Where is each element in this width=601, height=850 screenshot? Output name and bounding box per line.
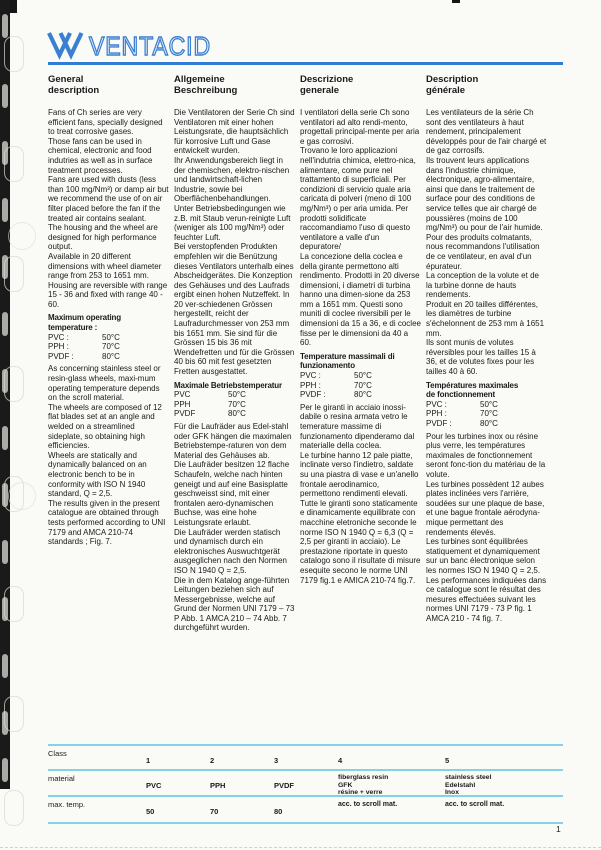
- temperature-material-label: PPH :: [300, 381, 354, 391]
- table-row-max-temp: max. temp.507080acc. to scroll mat.acc. …: [48, 795, 563, 824]
- temperature-material-label: PPH :: [48, 342, 102, 352]
- paragraph: Unter Betriebsbedingungen wie z.B. mit S…: [174, 204, 295, 242]
- temperature-row: PVDF :80°C: [48, 352, 169, 362]
- column-heading: Allgemeine Beschreibung: [174, 74, 295, 96]
- scan-bottom-edge: [0, 847, 601, 848]
- paragraph: Pour les turbines inox ou résine plus ve…: [426, 432, 547, 480]
- temperature-value: 70°C: [354, 381, 372, 391]
- scan-slot: [2, 654, 8, 678]
- paragraph: The housing and the wheel are designed f…: [48, 223, 169, 252]
- temperature-material-label: PVDF: [174, 409, 228, 419]
- scan-slot: [2, 426, 8, 450]
- paragraph: Produit en 20 tailles différentes, les d…: [426, 300, 547, 338]
- scan-top-tick: [452, 0, 460, 3]
- paragraph: Les ventilateurs de la série Ch sont des…: [426, 108, 547, 156]
- paragraph: Ils sont munis de volutes réversibles po…: [426, 338, 547, 376]
- table-cell: fiberglass resin GFK résine + verre: [338, 771, 445, 797]
- temperature-value: 80°C: [102, 352, 120, 362]
- paragraph: Die in dem Katalog ange-führten Leitunge…: [174, 576, 295, 634]
- paragraph: Available in 20 different dimensions wit…: [48, 252, 169, 310]
- column-heading: General description: [48, 74, 169, 96]
- paragraph: Ils trouvent leurs applications dans l'i…: [426, 156, 547, 233]
- scan-slot: [2, 312, 8, 336]
- temperature-row: PPH70°C: [174, 400, 295, 410]
- punch-hole-outline: [4, 256, 24, 292]
- temperature-material-label: PVC: [174, 390, 228, 400]
- paragraph: Fans of Ch series are very efficient fan…: [48, 108, 169, 137]
- punch-hole-outline: [4, 36, 24, 72]
- temperature-material-label: PVC :: [48, 333, 102, 343]
- table-cell: stainless steel Edelstahl Inox: [445, 771, 563, 797]
- paragraph: Die Laufräder werden statisch und dynami…: [174, 528, 295, 576]
- paragraph: As concerning stainless steel or resin-g…: [48, 364, 169, 402]
- brand-logo: VENTACID: [46, 29, 226, 61]
- table-row-label: material: [48, 771, 146, 797]
- temperature-row: PVC50°C: [174, 390, 295, 400]
- scan-slot: [2, 758, 8, 782]
- table-cell: 3: [274, 746, 338, 769]
- temperature-row: PVDF80°C: [174, 409, 295, 419]
- table-row-label: max. temp.: [48, 797, 146, 822]
- paragraph: Le turbine hanno 12 pale piatte, inclina…: [300, 451, 421, 499]
- column-heading: Description générale: [426, 74, 547, 96]
- table-cell: PPH: [210, 771, 274, 797]
- paragraph: Ihr Anwendungsbereich liegt in der chemi…: [174, 156, 295, 204]
- table-row-class: Class12345: [48, 744, 563, 769]
- column-heading: Descrizione generale: [300, 74, 421, 96]
- table-cell: acc. to scroll mat.: [445, 797, 563, 822]
- paragraph: Les turbines possèdent 12 aubes plates i…: [426, 480, 547, 538]
- table-cell: PVC: [146, 771, 210, 797]
- temperature-value: 50°C: [228, 390, 246, 400]
- table-cell: 70: [210, 797, 274, 822]
- page-number: 1: [556, 824, 561, 834]
- paragraph: La conception de la volute et de la turb…: [426, 271, 547, 300]
- table-cell: 80: [274, 797, 338, 822]
- temperature-row: PVC :50°C: [426, 400, 547, 410]
- punch-hole-outline: [4, 366, 24, 402]
- paragraph: Per le giranti in acciaio inossi-dabile …: [300, 403, 421, 451]
- column-subheading: Maximale Betriebstemperatur: [174, 381, 295, 391]
- paragraph: Für die Laufräder aus Edel-stahl oder GF…: [174, 422, 295, 460]
- ventacid-logo-mark: [49, 33, 82, 55]
- paragraph: The wheels are composed of 12 flat blade…: [48, 403, 169, 451]
- temperature-row: PVC :50°C: [300, 371, 421, 381]
- temperature-material-label: PPH :: [426, 409, 480, 419]
- temperature-material-label: PVC :: [426, 400, 480, 410]
- temperature-value: 50°C: [480, 400, 498, 410]
- temperature-row: PPH :70°C: [426, 409, 547, 419]
- temperature-value: 70°C: [480, 409, 498, 419]
- column-subheading: Maximum operating temperature :: [48, 313, 169, 332]
- column-italian: Descrizione generaleI ventilatori della …: [300, 74, 421, 585]
- punch-hole-outline: [4, 146, 24, 182]
- paragraph: Die Laufräder besitzen 12 flache Schaufe…: [174, 460, 295, 527]
- paragraph: Fans are used with dusts (less than 100 …: [48, 175, 169, 223]
- table-cell: acc. to scroll mat.: [338, 797, 445, 822]
- class-material-table: Class12345 materialPVCPPHPVDFfiberglass …: [48, 744, 563, 824]
- table-cell: 4: [338, 746, 445, 769]
- temperature-value: 50°C: [102, 333, 120, 343]
- column-subheading: Temperature massimali di funzionamento: [300, 352, 421, 371]
- temperature-row: PPH :70°C: [300, 381, 421, 391]
- paragraph: La concezione della coclea e della giran…: [300, 252, 421, 348]
- temperature-material-label: PPH: [174, 400, 228, 410]
- scan-slot: [2, 198, 8, 222]
- scan-slot: [2, 84, 8, 108]
- table-cell: 1: [146, 746, 210, 769]
- temperature-material-label: PVDF :: [48, 352, 102, 362]
- temperature-material-label: PVDF :: [426, 419, 480, 429]
- paragraph: Les turbines sont équilibrées statiqueme…: [426, 537, 547, 623]
- temperature-row: PVDF :80°C: [300, 390, 421, 400]
- temperature-material-label: PVC :: [300, 371, 354, 381]
- punch-hole-outline: [4, 790, 24, 826]
- table-row-material: materialPVCPPHPVDFfiberglass resin GFK r…: [48, 769, 563, 795]
- paragraph: Tutte le giranti sono staticamente e din…: [300, 499, 421, 585]
- temperature-value: 80°C: [354, 390, 372, 400]
- temperature-row: PPH :70°C: [48, 342, 169, 352]
- table-cell: PVDF: [274, 771, 338, 797]
- punch-hole-circle: [8, 222, 36, 250]
- table-row-label: Class: [48, 746, 146, 769]
- header-rule: [48, 62, 563, 65]
- temperature-value: 70°C: [102, 342, 120, 352]
- temperature-material-label: PVDF :: [300, 390, 354, 400]
- table-cell: 2: [210, 746, 274, 769]
- paragraph: I ventilatori della serie Ch sono ventil…: [300, 108, 421, 146]
- paragraph: The results given in the present catalog…: [48, 499, 169, 547]
- temperature-value: 80°C: [228, 409, 246, 419]
- paragraph: Bei verstopfenden Produkten empfehlen wi…: [174, 242, 295, 376]
- column-french: Description généraleLes ventilateurs de …: [426, 74, 547, 623]
- catalog-page: VENTACID General descriptionFans of Ch s…: [0, 0, 601, 850]
- temperature-row: PVDF :80°C: [426, 419, 547, 429]
- temperature-row: PVC :50°C: [48, 333, 169, 343]
- paragraph: Those fans can be used in chemical, elec…: [48, 137, 169, 175]
- column-german: Allgemeine BeschreibungDie Ventilatoren …: [174, 74, 295, 633]
- scan-slot: [2, 540, 8, 564]
- punch-hole-outline: [4, 586, 24, 622]
- paragraph: Wheels are statically and dynamically ba…: [48, 451, 169, 499]
- temperature-value: 50°C: [354, 371, 372, 381]
- temperature-value: 80°C: [480, 419, 498, 429]
- paragraph: Die Ventilatoren der Serie Ch sind Venti…: [174, 108, 295, 156]
- brand-name: VENTACID: [89, 31, 211, 61]
- scan-slot: [2, 14, 8, 38]
- table-cell: 5: [445, 746, 563, 769]
- column-subheading: Températures maximales de fonctionnement: [426, 381, 547, 400]
- paragraph: Trovano le loro applicazioni nell'indutr…: [300, 146, 421, 252]
- punch-hole-circle: [8, 482, 36, 510]
- column-english: General descriptionFans of Ch series are…: [48, 74, 169, 547]
- table-cell: 50: [146, 797, 210, 822]
- punch-hole-outline: [4, 696, 24, 732]
- temperature-value: 70°C: [228, 400, 246, 410]
- paragraph: Pour des produits colmatants, nous recom…: [426, 233, 547, 271]
